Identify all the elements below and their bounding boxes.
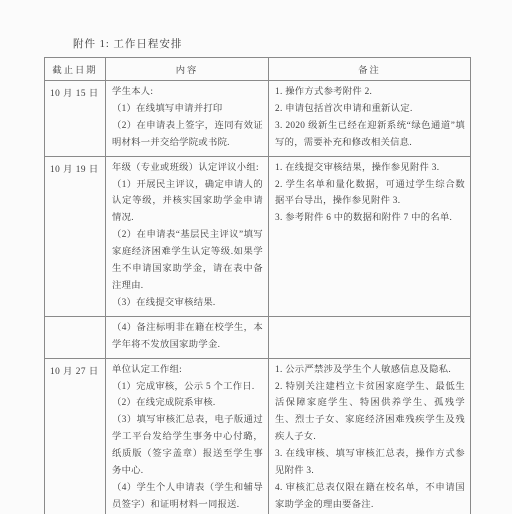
- notes-cell: 1. 公示严禁涉及学生个人敏感信息及隐私. 2. 特别关注建档立卡贫困家庭学生、…: [269, 358, 471, 514]
- table-row: （4）备注标明非在籍在校学生，本学年将不发放国家助学金.: [45, 316, 471, 358]
- notes-cell: 1. 操作方式参考附件 2. 2. 申请包括首次申请和重新认定. 3. 2020…: [269, 81, 471, 157]
- document-page: 附件 1: 工作日程安排 截止日期 内容 备注 10 月 15 日 学生本人: …: [0, 0, 512, 514]
- table-header: 截止日期 内容 备注: [45, 58, 471, 81]
- notes-cell: 1. 在线提交审核结果，操作参见附件 3. 2. 学生名单和量化数据，可通过学生…: [269, 156, 471, 316]
- header-row: 截止日期 内容 备注: [45, 58, 471, 81]
- table-row: 10 月 27 日 单位认定工作组: （1）完成审核，公示 5 个工作日. （2…: [45, 358, 471, 514]
- schedule-table: 截止日期 内容 备注 10 月 15 日 学生本人: （1）在线填写申请并打印 …: [44, 57, 471, 514]
- content-cell: 学生本人: （1）在线填写申请并打印 （2）在申请表上签字，连同有效证明材料一并…: [106, 81, 269, 157]
- notes-cell: [269, 316, 471, 358]
- content-cell: 单位认定工作组: （1）完成审核，公示 5 个工作日. （2）在线完成院系审核.…: [106, 358, 269, 514]
- deadline-cell: [45, 316, 106, 358]
- col-header-notes: 备注: [269, 58, 471, 81]
- deadline-cell: 10 月 27 日: [45, 358, 106, 514]
- attachment-title: 附件 1: 工作日程安排: [73, 36, 182, 51]
- content-cell: 年级（专业或班级）认定评议小组: （1）开展民主评议，确定申请人的认定等级，并核…: [106, 156, 269, 316]
- deadline-cell: 10 月 15 日: [45, 81, 106, 157]
- table-row: 10 月 19 日 年级（专业或班级）认定评议小组: （1）开展民主评议，确定申…: [45, 156, 471, 316]
- deadline-cell: 10 月 19 日: [45, 156, 106, 316]
- table-row: 10 月 15 日 学生本人: （1）在线填写申请并打印 （2）在申请表上签字，…: [45, 81, 471, 157]
- content-cell: （4）备注标明非在籍在校学生，本学年将不发放国家助学金.: [106, 316, 269, 358]
- col-header-content: 内容: [106, 58, 269, 81]
- col-header-deadline: 截止日期: [45, 58, 106, 81]
